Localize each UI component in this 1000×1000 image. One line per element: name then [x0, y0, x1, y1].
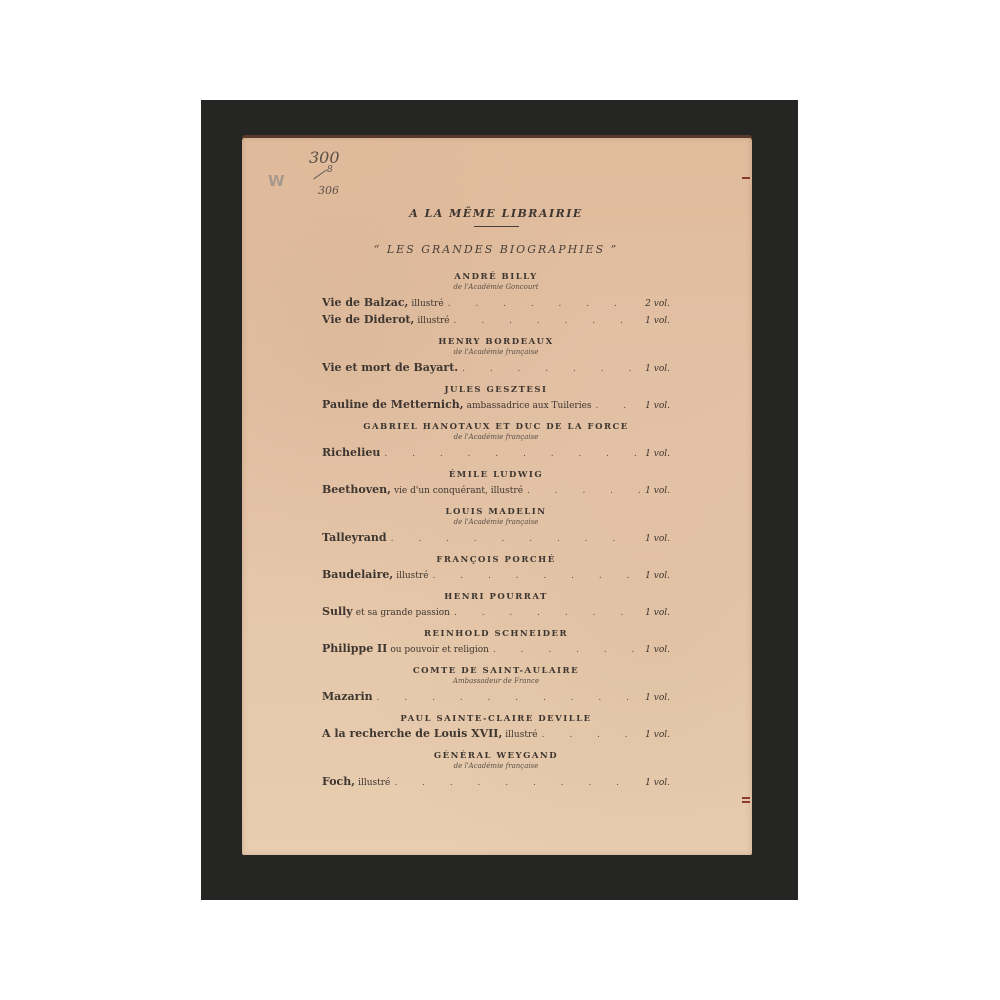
author-name: HENRI POURRAT	[322, 592, 670, 603]
dot-leader: . . . . . . . . . . . . . . . . . . . . …	[454, 315, 642, 328]
volume-count: 1 vol.	[645, 692, 670, 705]
author-name: REINHOLD SCHNEIDER	[322, 629, 670, 640]
volume-count: 1 vol.	[645, 315, 670, 328]
author-name: ÉMILE LUDWIG	[322, 470, 670, 481]
series-title: “ LES GRANDES BIOGRAPHIES ”	[322, 243, 670, 256]
volume-count: 1 vol.	[645, 729, 670, 742]
author-name: LOUIS MADELIN	[322, 507, 670, 518]
author-group: LOUIS MADELINde l'Académie françaiseTall…	[322, 507, 670, 546]
book-title: Beethoven,	[322, 483, 391, 496]
author-name: JULES GESZTESI	[322, 385, 670, 396]
book-entry: Pauline de Metternich,ambassadrice aux T…	[322, 398, 670, 413]
dot-leader: . . . . . . . . . . . . . . . . . . . . …	[527, 485, 641, 498]
dot-leader: . . . . . . . . . . . . . . . . . . . . …	[448, 298, 641, 311]
book-title: Vie et mort de Bayart.	[322, 361, 458, 374]
handwritten-price-sub: 8	[327, 166, 333, 175]
book-entry: Beethoven,vie d'un conquérant, illustré.…	[322, 483, 670, 498]
book-subtitle: illustré	[411, 298, 443, 311]
volume-count: 1 vol.	[645, 570, 670, 583]
book-title: Mazarin	[322, 690, 373, 703]
author-group: FRANÇOIS PORCHÉBaudelaire,illustré. . . …	[322, 555, 670, 583]
book-subtitle: ambassadrice aux Tuileries	[467, 400, 592, 413]
volume-count: 1 vol.	[645, 400, 670, 413]
author-group: JULES GESZTESIPauline de Metternich,amba…	[322, 385, 670, 413]
handwritten-price-top: 300	[309, 150, 340, 166]
book-entry: Vie de Diderot,illustré. . . . . . . . .…	[322, 313, 670, 328]
volume-count: 2 vol.	[645, 298, 670, 311]
dot-leader: . . . . . . . . . . . . . . . . . . . . …	[493, 644, 641, 657]
author-affiliation: de l'Académie française	[322, 762, 670, 770]
author-name: COMTE DE SAINT-AULAIRE	[322, 666, 670, 677]
author-name: HENRY BORDEAUX	[322, 337, 670, 348]
author-name: GABRIEL HANOTAUX ET DUC DE LA FORCE	[322, 422, 670, 433]
dot-leader: . . . . . . . . . . . . . . . . . . . . …	[391, 533, 642, 546]
volume-count: 1 vol.	[645, 533, 670, 546]
dot-leader: . . . . . . . . . . . . . . . . . . . . …	[454, 607, 641, 620]
book-entry: Richelieu. . . . . . . . . . . . . . . .…	[322, 446, 670, 461]
author-group: HENRI POURRATSullyet sa grande passion. …	[322, 592, 670, 620]
book-entry: Vie et mort de Bayart.. . . . . . . . . …	[322, 361, 670, 376]
book-title: Richelieu	[322, 446, 380, 459]
handwritten-price-bottom: 306	[318, 185, 339, 196]
author-group: GABRIEL HANOTAUX ET DUC DE LA FORCEde l'…	[322, 422, 670, 461]
book-subtitle: illustré	[396, 570, 428, 583]
author-name: FRANÇOIS PORCHÉ	[322, 555, 670, 566]
dot-leader: . . . . . . . . . . . . . . . . . . . . …	[542, 729, 642, 742]
author-group: ANDRÉ BILLYde l'Académie GoncourtVie de …	[322, 272, 670, 328]
dot-leader: . . . . . . . . . . . . . . . . . . . . …	[394, 777, 641, 790]
red-mark-top	[742, 177, 750, 179]
author-name: GÉNÉRAL WEYGAND	[322, 751, 670, 762]
volume-count: 1 vol.	[645, 485, 670, 498]
book-title: A la recherche de Louis XVII,	[322, 727, 502, 740]
author-group: COMTE DE SAINT-AULAIREAmbassadeur de Fra…	[322, 666, 670, 705]
dot-leader: . . . . . . . . . . . . . . . . . . . . …	[377, 692, 642, 705]
book-entry: Talleyrand. . . . . . . . . . . . . . . …	[322, 531, 670, 546]
book-subtitle: vie d'un conquérant, illustré	[394, 485, 523, 498]
book-subtitle: illustré	[417, 315, 449, 328]
dot-leader: . . . . . . . . . . . . . . . . . . . . …	[462, 363, 641, 376]
volume-count: 1 vol.	[645, 448, 670, 461]
author-group: GÉNÉRAL WEYGANDde l'Académie françaiseFo…	[322, 751, 670, 790]
book-entry: Sullyet sa grande passion. . . . . . . .…	[322, 605, 670, 620]
volume-count: 1 vol.	[645, 644, 670, 657]
book-title: Vie de Diderot,	[322, 313, 414, 326]
catalog-list: A LA MÊME LIBRAIRIE “ LES GRANDES BIOGRA…	[322, 200, 670, 790]
volume-count: 1 vol.	[645, 777, 670, 790]
cover-top-edge	[242, 135, 752, 138]
book-entry: Baudelaire,illustré. . . . . . . . . . .…	[322, 568, 670, 583]
stamp-mark: W	[268, 172, 288, 192]
book-entry: Mazarin. . . . . . . . . . . . . . . . .…	[322, 690, 670, 705]
author-affiliation: Ambassadeur de France	[322, 677, 670, 685]
author-affiliation: de l'Académie française	[322, 348, 670, 356]
volume-count: 1 vol.	[645, 607, 670, 620]
book-entry: A la recherche de Louis XVII,illustré. .…	[322, 727, 670, 742]
page-heading: A LA MÊME LIBRAIRIE	[322, 207, 670, 220]
dot-leader: . . . . . . . . . . . . . . . . . . . . …	[384, 448, 641, 461]
book-subtitle: illustré	[358, 777, 390, 790]
author-groups: ANDRÉ BILLYde l'Académie GoncourtVie de …	[322, 272, 670, 790]
dot-leader: . . . . . . . . . . . . . . . . . . . . …	[433, 570, 642, 583]
author-affiliation: de l'Académie française	[322, 518, 670, 526]
book-title: Vie de Balzac,	[322, 296, 408, 309]
book-entry: Foch,illustré. . . . . . . . . . . . . .…	[322, 775, 670, 790]
book-title: Philippe II	[322, 642, 387, 655]
book-title: Talleyrand	[322, 531, 387, 544]
author-name: PAUL SAINTE-CLAIRE DEVILLE	[322, 714, 670, 725]
author-group: REINHOLD SCHNEIDERPhilippe IIou pouvoir …	[322, 629, 670, 657]
dot-leader: . . . . . . . . . . . . . . . . . . . . …	[596, 400, 642, 413]
book-entry: Philippe IIou pouvoir et religion. . . .…	[322, 642, 670, 657]
author-affiliation: de l'Académie Goncourt	[322, 283, 670, 291]
book-title: Foch,	[322, 775, 355, 788]
author-group: HENRY BORDEAUXde l'Académie françaiseVie…	[322, 337, 670, 376]
book-entry: Vie de Balzac,illustré. . . . . . . . . …	[322, 296, 670, 311]
book-title: Baudelaire,	[322, 568, 393, 581]
volume-count: 1 vol.	[645, 363, 670, 376]
author-affiliation: de l'Académie française	[322, 433, 670, 441]
book-title: Sully	[322, 605, 353, 618]
author-group: ÉMILE LUDWIGBeethoven,vie d'un conquéran…	[322, 470, 670, 498]
book-subtitle: et sa grande passion	[356, 607, 450, 620]
book-subtitle: ou pouvoir et religion	[390, 644, 489, 657]
author-group: PAUL SAINTE-CLAIRE DEVILLEA la recherche…	[322, 714, 670, 742]
heading-rule	[474, 226, 519, 227]
red-mark-bottom-2	[742, 801, 750, 803]
red-mark-bottom	[742, 797, 750, 799]
author-name: ANDRÉ BILLY	[322, 272, 670, 283]
book-subtitle: illustré	[505, 729, 537, 742]
book-title: Pauline de Metternich,	[322, 398, 464, 411]
